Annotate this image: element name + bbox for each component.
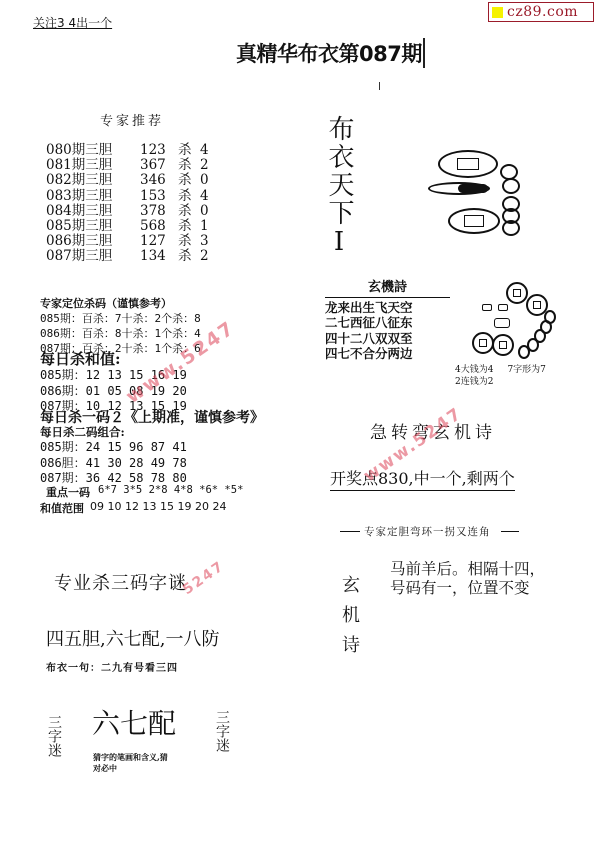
list-item: 085期：百杀：7十杀：2个杀：8 bbox=[40, 311, 201, 326]
expert-recommend-table: 080期三胆123杀4 081期三胆367杀2 082期三胆346杀0 083期… bbox=[46, 143, 209, 265]
poem-line: 四十二八双双至 bbox=[325, 331, 450, 347]
divider bbox=[340, 531, 360, 533]
coin-icon bbox=[492, 334, 514, 356]
nums-cell: 123 bbox=[140, 143, 178, 158]
daily-two-kill-section: 每日杀二码组合: 085期：24 15 96 87 41 086胆：41 30 … bbox=[40, 425, 187, 487]
ingot-icon bbox=[494, 318, 510, 328]
follow-note: 关注3 4出一个 bbox=[33, 14, 112, 31]
period-cell: 083期三胆 bbox=[46, 189, 140, 204]
caption-big-coin: 4大钱为4 bbox=[455, 365, 493, 375]
nums-cell: 153 bbox=[140, 189, 178, 204]
sum-range-row: 和值范围 09 10 12 13 15 19 20 24 bbox=[40, 500, 226, 516]
poem-line: 号码有一，位置不变 bbox=[390, 579, 545, 598]
riddle-right-label: 三字迷 bbox=[212, 710, 232, 752]
expert-note-row: 专家定胆弯环一拐又连角 bbox=[340, 524, 519, 539]
divider bbox=[501, 531, 519, 533]
ingot-icon bbox=[498, 304, 508, 311]
site-logo-text: cz89.com bbox=[507, 4, 578, 20]
pro-kill-line: 四五胆,六七配,一八防 bbox=[46, 625, 219, 651]
kill-cell: 1 bbox=[200, 219, 209, 234]
table-row: 087期三胆134杀2 bbox=[46, 249, 209, 264]
table-row: 086期三胆127杀3 bbox=[46, 234, 209, 249]
nums-cell: 346 bbox=[140, 173, 178, 188]
page-title: 真精华布衣第087期 bbox=[236, 38, 425, 68]
period-cell: 086期三胆 bbox=[46, 234, 140, 249]
kill-label: 杀 bbox=[178, 189, 200, 204]
hint-line: 猜字的笔画和含义,猜 bbox=[93, 752, 168, 763]
expert-recommend-heading: 专家推荐 bbox=[100, 110, 164, 129]
kill-cell: 0 bbox=[200, 204, 209, 219]
turn-poem-line: 开奖点830,中一个,剩两个 bbox=[330, 466, 515, 491]
key-code-row: 重点一码 6*7 3*5 2*8 4*8 *6* *5* bbox=[46, 484, 243, 500]
buyi-vertical-title: 布衣天下I bbox=[324, 115, 354, 259]
nums-cell: 134 bbox=[140, 249, 178, 264]
kill-cell: 2 bbox=[200, 158, 209, 173]
daily-one-kill-heading: 每日杀一码２《上期准，谨慎参考》 bbox=[40, 407, 264, 427]
kill-label: 杀 bbox=[178, 158, 200, 173]
kill-label: 杀 bbox=[178, 204, 200, 219]
poem-line: 四七不合分两边 bbox=[325, 346, 450, 362]
kill-cell: 2 bbox=[200, 249, 209, 264]
riddle-hint: 猜字的笔画和含义,猜 对必中 bbox=[93, 752, 168, 774]
sum-range-label: 和值范围 bbox=[40, 500, 84, 516]
table-row: 081期三胆367杀2 bbox=[46, 158, 209, 173]
coin-icon bbox=[472, 332, 494, 354]
period-cell: 087期三胆 bbox=[46, 249, 140, 264]
table-row: 082期三胆346杀0 bbox=[46, 173, 209, 188]
list-item: 086期：百杀：8十杀：1个杀：4 bbox=[40, 326, 201, 341]
bead-icon bbox=[518, 345, 530, 359]
bead-icon bbox=[502, 220, 520, 236]
position-kill-heading: 专家定位杀码（谨慎参考） bbox=[40, 296, 201, 311]
kill-cell: 3 bbox=[200, 234, 209, 249]
list-item: 086胆：41 30 28 49 78 bbox=[40, 456, 187, 472]
nums-cell: 127 bbox=[140, 234, 178, 249]
hint-line: 对必中 bbox=[93, 763, 168, 774]
table-row: 084期三胆378杀0 bbox=[46, 204, 209, 219]
list-item: 085期：24 15 96 87 41 bbox=[40, 440, 187, 456]
kill-label: 杀 bbox=[178, 234, 200, 249]
period-cell: 081期三胆 bbox=[46, 158, 140, 173]
oval-coin-icon bbox=[448, 208, 500, 234]
period-cell: 080期三胆 bbox=[46, 143, 140, 158]
site-logo[interactable]: cz89.com bbox=[488, 2, 594, 22]
nums-cell: 568 bbox=[140, 219, 178, 234]
nums-cell: 378 bbox=[140, 204, 178, 219]
coin-caption: 4大钱为47字形为7 2连钱为2 bbox=[455, 364, 546, 388]
kill-label: 杀 bbox=[178, 249, 200, 264]
divider-tick bbox=[379, 82, 380, 90]
kill-label: 杀 bbox=[178, 143, 200, 158]
poem-line: 马前羊后。相隔十四， bbox=[390, 560, 545, 579]
kill-label: 杀 bbox=[178, 173, 200, 188]
riddle-center: 六七配 bbox=[92, 702, 176, 742]
table-row: 083期三胆153杀4 bbox=[46, 189, 209, 204]
poem-line: 二七西征八征东 bbox=[325, 315, 450, 331]
table-row: 080期三胆123杀4 bbox=[46, 143, 209, 158]
nums-cell: 367 bbox=[140, 158, 178, 173]
bar-coin-icon bbox=[428, 182, 490, 195]
coin-icon bbox=[506, 282, 528, 304]
period-cell: 084期三胆 bbox=[46, 204, 140, 219]
period-cell: 082期三胆 bbox=[46, 173, 140, 188]
riddle-left-label: 三字迷 bbox=[44, 715, 64, 757]
daily-two-kill-heading: 每日杀二码组合: bbox=[40, 425, 187, 440]
kill-label: 杀 bbox=[178, 219, 200, 234]
pro-kill-heading: 专业杀三码字谜 bbox=[54, 569, 187, 595]
watermark-text: 5247 bbox=[180, 558, 228, 598]
expert-note: 专家定胆弯环一拐又连角 bbox=[364, 524, 491, 539]
kill-cell: 4 bbox=[200, 189, 209, 204]
bead-icon bbox=[502, 178, 520, 194]
buyi-phrase: 布衣一句：二九有号看三四 bbox=[46, 659, 178, 674]
oval-coin-icon bbox=[438, 150, 498, 178]
xuanji-shi-vertical: 玄机诗 bbox=[336, 575, 362, 665]
position-kill-section: 专家定位杀码（谨慎参考） 085期：百杀：7十杀：2个杀：8 086期：百杀：8… bbox=[40, 296, 201, 356]
xuanji-poem-heading: 玄機詩 bbox=[325, 280, 450, 298]
caption-linked-coin: 2连钱为2 bbox=[455, 376, 546, 388]
poem-line: 龙来出生飞天空 bbox=[325, 300, 450, 316]
xuanji-shi-text: 马前羊后。相隔十四， 号码有一，位置不变 bbox=[390, 560, 545, 598]
kill-cell: 0 bbox=[200, 173, 209, 188]
kill-cell: 4 bbox=[200, 143, 209, 158]
coins-illustration-right bbox=[470, 282, 590, 357]
coins-illustration-top bbox=[420, 150, 570, 250]
key-code-value: 6*7 3*5 2*8 4*8 *6* *5* bbox=[98, 484, 243, 500]
xuanji-poem-box: 玄機詩 龙来出生飞天空 二七西征八征东 四十二八双双至 四七不合分两边 bbox=[325, 280, 450, 362]
sum-range-value: 09 10 12 13 15 19 20 24 bbox=[90, 500, 226, 516]
table-row: 085期三胆568杀1 bbox=[46, 219, 209, 234]
ingot-icon bbox=[482, 304, 492, 311]
period-cell: 085期三胆 bbox=[46, 219, 140, 234]
caption-seven-shape: 7字形为7 bbox=[507, 365, 545, 375]
yellow-square-icon bbox=[492, 7, 503, 18]
key-code-label: 重点一码 bbox=[46, 484, 90, 500]
